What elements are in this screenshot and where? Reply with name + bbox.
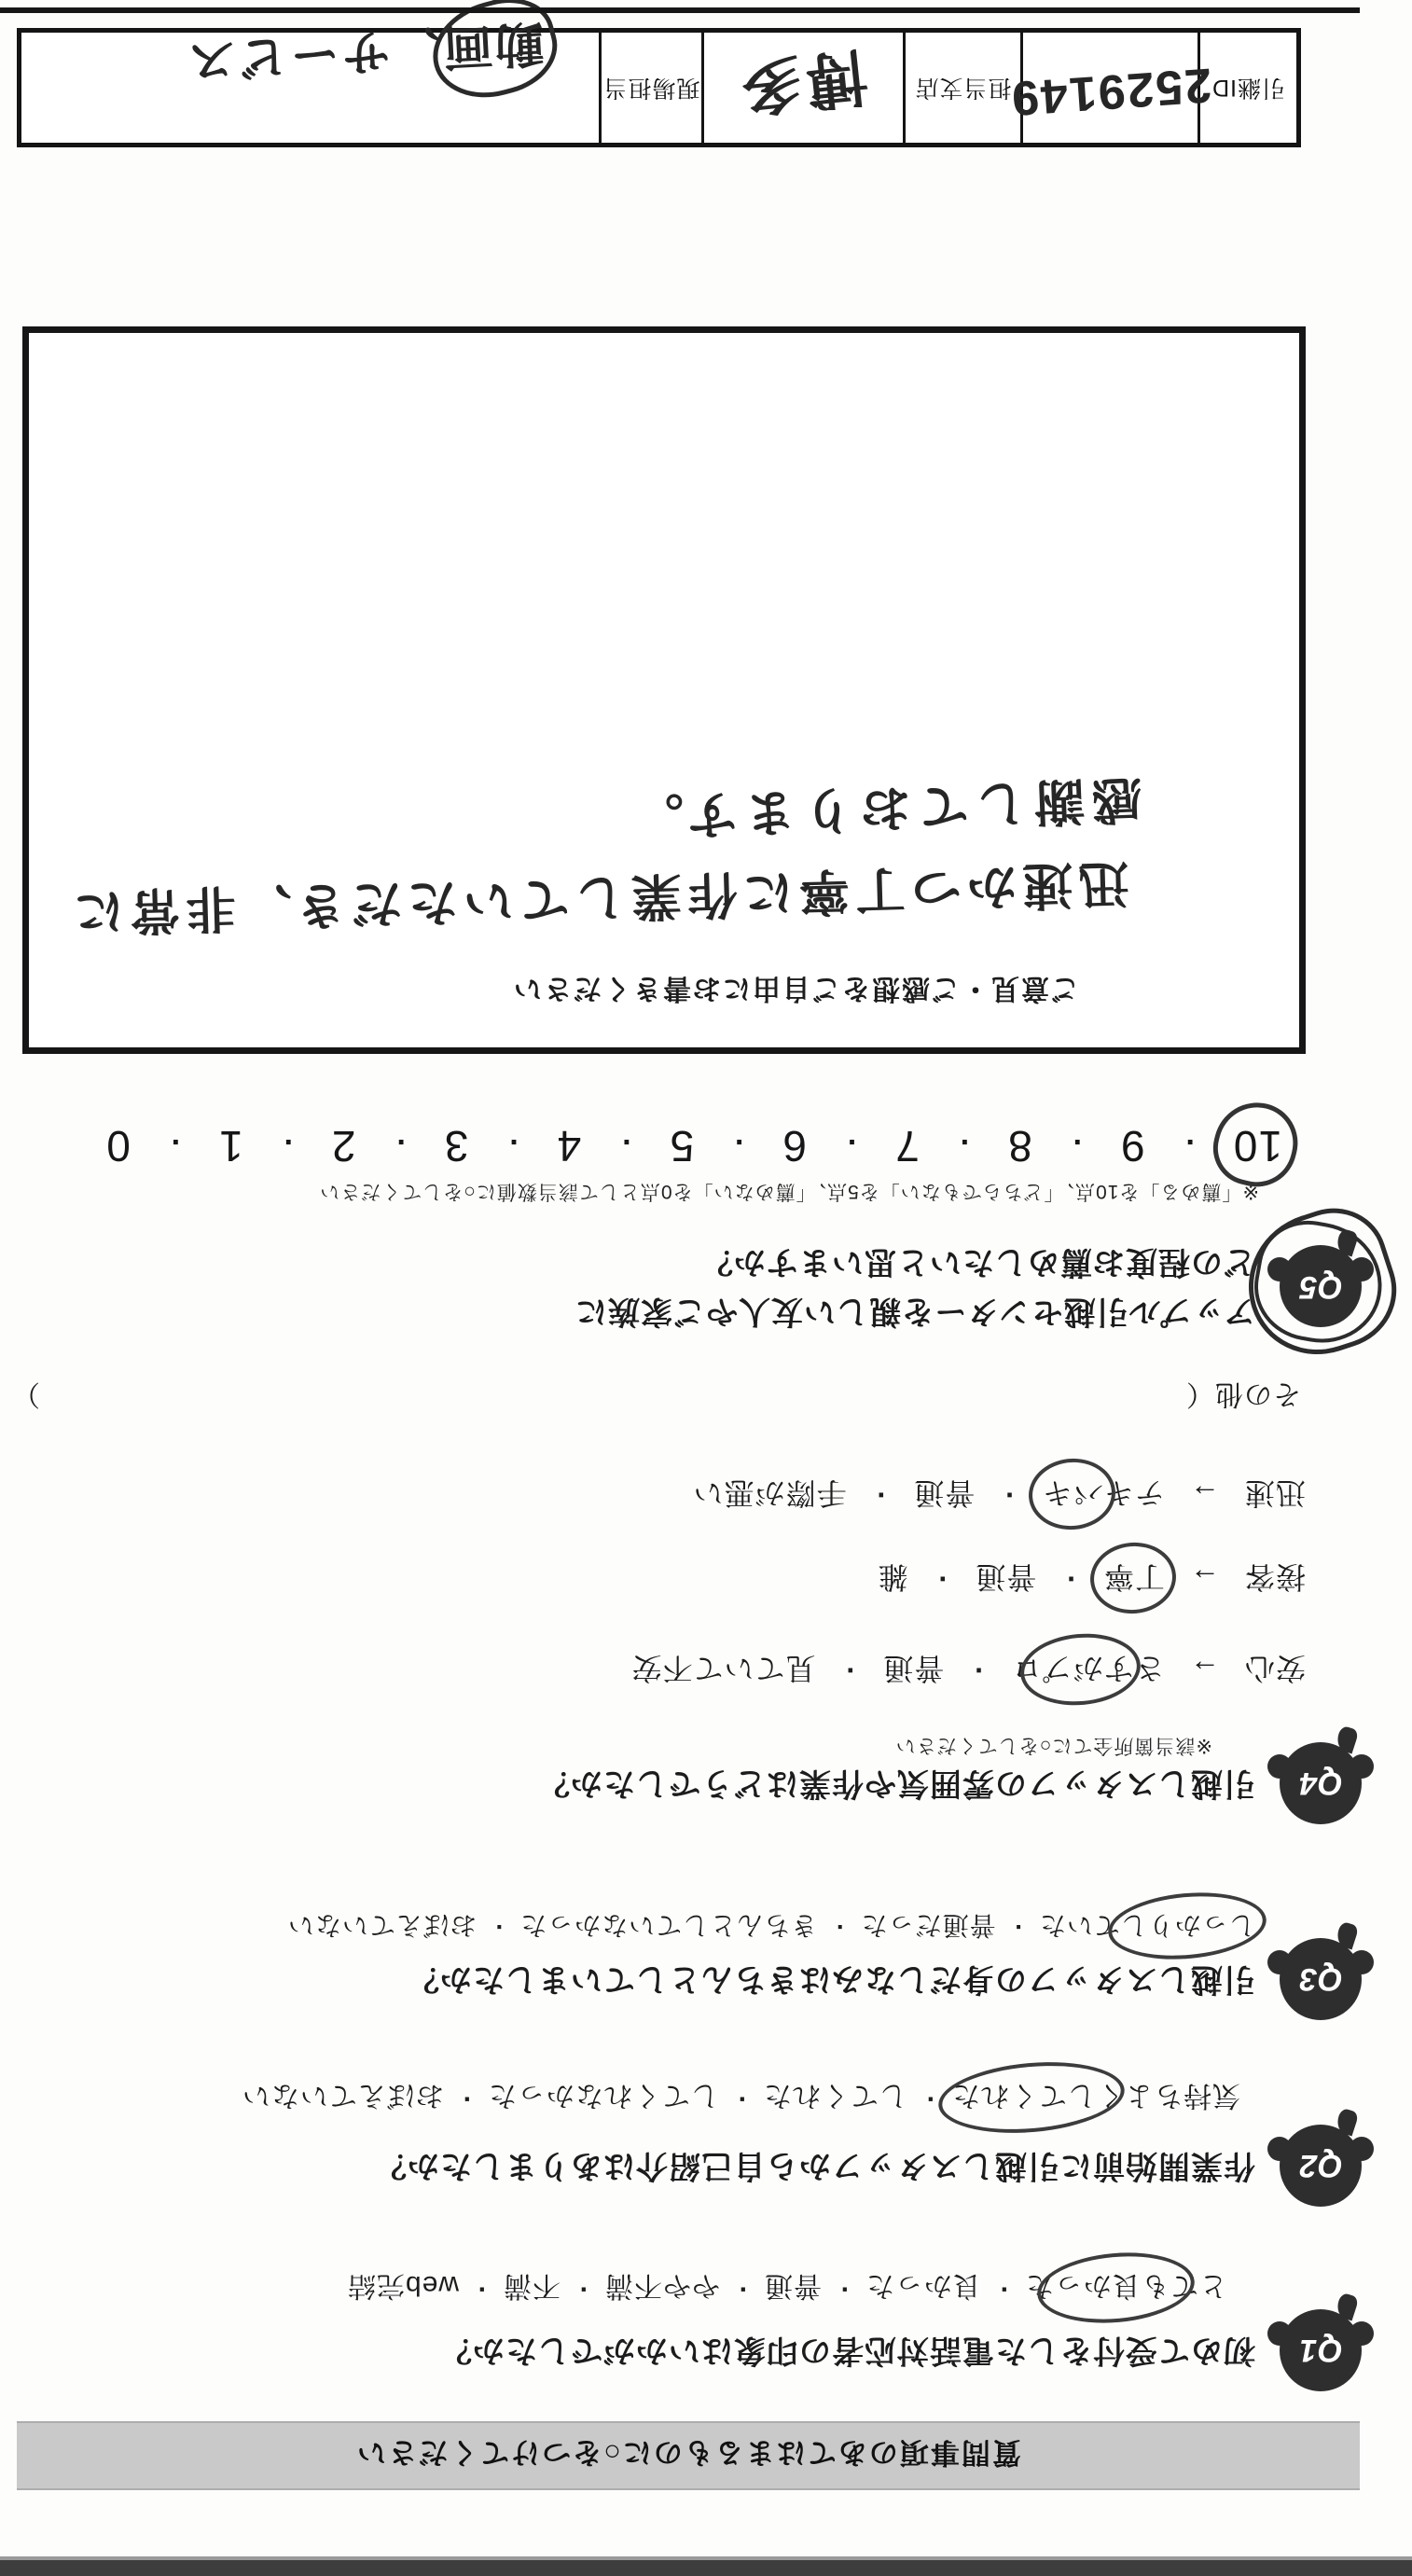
q4-note: ※該当箇所全てに○をしてください	[895, 1733, 1212, 1761]
q4-option: 雑	[878, 1558, 908, 1600]
q2-option: してくれた	[763, 2078, 907, 2119]
q2-badge-icon: Q2	[1280, 2125, 1362, 2207]
page-bottom-rule	[0, 7, 1360, 13]
option-separator	[577, 2273, 588, 2305]
q1-option-selected: とても良かった	[1025, 2268, 1227, 2309]
handwritten-site-staff-note: 動画、サービス	[184, 12, 546, 101]
q4-option: 手際が悪い	[693, 1474, 847, 1517]
q1-badge-label: Q1	[1298, 2333, 1342, 2369]
question-1: Q1 初めて受付をした電話対応者の印象はいかがでしたか？	[439, 2309, 1362, 2391]
q4-option: 見ていて不安	[631, 1649, 816, 1692]
comment-box-label: ご意見・ご感想をご自由にお書きください	[512, 971, 1079, 1012]
option-separator	[998, 2273, 1008, 2305]
scanner-edge-shadow-soft	[0, 2556, 1412, 2560]
site-staff-value-cell: 動画、サービス	[21, 33, 599, 143]
q4-other-row: その他（ ）	[11, 1377, 1301, 1418]
q3-option: きちんとしていなかった	[519, 1908, 817, 1946]
comment-box: ご意見・ご感想をご自由にお書きください 迅速かつ丁寧に作業していただき、非常に …	[22, 326, 1306, 1054]
option-separator	[461, 2083, 471, 2114]
q3-option-selected: しっかりしていた	[1039, 1908, 1255, 1946]
q2-option: してくれなかった	[488, 2078, 719, 2119]
q4-row-anshin: 安心 → さすがプロ 普通 見ていて不安	[631, 1649, 1306, 1692]
rating-value: 4	[557, 1121, 582, 1171]
handwritten-comment-line2: 感謝しております。	[625, 766, 1143, 857]
rating-value: 9	[1120, 1121, 1145, 1171]
rating-separator	[282, 1121, 293, 1171]
scanner-edge-shadow	[0, 2560, 1412, 2576]
rating-value: 0	[105, 1121, 131, 1171]
q4-row-jinsoku: 迅速 → テキパキ 普通 手際が悪い	[693, 1474, 1306, 1517]
rating-value-selected: 10	[1233, 1121, 1282, 1171]
q3-badge-icon: Q3	[1280, 1938, 1362, 2020]
rating-value: 7	[894, 1121, 920, 1171]
arrow-icon: →	[1189, 1562, 1220, 1597]
q2-badge-label: Q2	[1298, 2148, 1342, 2184]
option-separator	[875, 1478, 886, 1513]
q4-option: 普通	[975, 1558, 1036, 1600]
q4-badge-tail-icon	[1334, 1725, 1359, 1754]
option-separator	[838, 2273, 849, 2305]
option-separator	[924, 2083, 934, 2114]
q5-title-line2: どの程度お薦めしたいと思いますか？	[574, 1238, 1255, 1287]
q4-option-selected: さすがプロ	[1011, 1649, 1165, 1692]
question-5: Q5 アップル引越センターを親しい友人やご家族に どの程度お薦めしたいと思います…	[574, 1238, 1362, 1336]
q3-option: 普通だった	[861, 1908, 996, 1946]
arrow-icon: →	[1189, 1654, 1220, 1688]
handwritten-branch-signature: 博多	[734, 36, 873, 138]
question-3: Q3 引越しスタッフの身だしなみはきちんとしていましたか？	[407, 1938, 1362, 2020]
branch-label-cell: 担当支店	[903, 33, 1020, 143]
rating-separator	[506, 1121, 518, 1171]
arrow-icon: →	[1189, 1478, 1220, 1513]
option-separator	[476, 2273, 486, 2305]
branch-label: 担当支店	[915, 74, 1012, 102]
q4-row-label: 接客	[1244, 1558, 1306, 1600]
q4-row-label: 迅速	[1244, 1474, 1306, 1517]
q1-option: 不満	[503, 2268, 561, 2309]
q1-option: web完結	[347, 2268, 459, 2309]
option-separator	[1003, 1478, 1014, 1513]
rating-separator	[395, 1121, 406, 1171]
q1-title: 初めて受付をした電話対応者の印象はいかがでしたか？	[439, 2326, 1255, 2375]
q4-row-label: 安心	[1244, 1649, 1306, 1692]
option-separator	[936, 1562, 948, 1597]
handwritten-note-rest: 、サービス	[184, 21, 443, 88]
rating-value: 5	[670, 1121, 695, 1171]
q1-badge-tail-icon	[1334, 2292, 1359, 2321]
q1-option: やや不満	[604, 2268, 720, 2309]
handover-id-label: 引継ID	[1211, 74, 1285, 102]
rating-value: 8	[1007, 1121, 1032, 1171]
q4-other-close: ）	[11, 1377, 40, 1418]
q2-options: 気持ちよくしてくれた してくれた してくれなかった おぼえていない	[242, 2078, 1240, 2119]
branch-value-cell: 博多	[701, 33, 903, 143]
option-separator	[737, 2273, 747, 2305]
rating-separator	[1071, 1121, 1082, 1171]
rating-separator	[169, 1121, 180, 1171]
rating-separator	[958, 1121, 969, 1171]
q4-option: 普通	[913, 1474, 975, 1517]
q2-option-selected: 気持ちよくしてくれた	[951, 2078, 1240, 2119]
option-separator	[1064, 1562, 1075, 1597]
staff-info-table: 引継ID 2529149 担当支店 博多 現場担当 動画、サービス	[17, 28, 1301, 147]
q5-note: ※「薦める」を10点、「どちらでもない」を5点、「薦めない」を0点として該当数値…	[319, 1179, 1259, 1207]
q2-badge-tail-icon	[1334, 2108, 1359, 2137]
site-staff-label: 現場担当	[603, 74, 700, 102]
q3-badge-label: Q3	[1298, 1961, 1342, 1998]
rating-separator	[1184, 1121, 1195, 1171]
option-separator	[736, 2083, 746, 2114]
q2-title: 作業開始前に引越しスタッフから自己紹介はありましたか？	[374, 2141, 1255, 2191]
instruction-bar: 質問事項のあてはまるものに○をつけてください	[17, 2421, 1360, 2490]
rating-separator	[845, 1121, 856, 1171]
q3-options: しっかりしていた 普通だった きちんとしていなかった おぼえていない	[287, 1908, 1255, 1946]
rating-value: 3	[444, 1121, 469, 1171]
q1-options: とても良かった 良かった 普通 やや不満 不満 web完結	[347, 2268, 1227, 2309]
q4-option-selected: テキパキ	[1042, 1474, 1165, 1517]
q5-badge-wrap: Q5	[1280, 1245, 1362, 1327]
q4-option-selected: 丁寧	[1103, 1558, 1165, 1600]
option-separator	[834, 1912, 843, 1942]
handover-id-value-cell: 2529149	[1020, 33, 1197, 143]
rating-value: 1	[218, 1121, 243, 1171]
rating-value: 6	[782, 1121, 807, 1171]
q5-title: アップル引越センターを親しい友人やご家族に どの程度お薦めしたいと思いますか？	[574, 1238, 1255, 1336]
scanned-survey-page: 質問事項のあてはまるものに○をつけてください Q1 初めて受付をした電話対応者の…	[0, 0, 1412, 2576]
q4-option: 普通	[882, 1649, 944, 1692]
question-2: Q2 作業開始前に引越しスタッフから自己紹介はありましたか？	[374, 2125, 1362, 2207]
rating-separator	[619, 1121, 630, 1171]
q1-option: 普通	[764, 2268, 822, 2309]
q3-badge-tail-icon	[1334, 1921, 1359, 1950]
option-separator	[1013, 1912, 1022, 1942]
q2-option: おぼえていない	[242, 2078, 444, 2119]
option-separator	[844, 1654, 855, 1688]
handwritten-circled-word: 動画	[439, 12, 546, 88]
q4-badge-label: Q4	[1298, 1766, 1342, 1802]
handover-id-label-cell: 引継ID	[1197, 33, 1296, 143]
q4-badge-icon: Q4	[1280, 1742, 1362, 1824]
q5-title-line1: アップル引越センターを親しい友人やご家族に	[574, 1286, 1255, 1336]
q3-option: おぼえていない	[287, 1908, 477, 1946]
rating-value: 2	[331, 1121, 356, 1171]
q3-title: 引越しスタッフの身だしなみはきちんとしていましたか？	[407, 1955, 1255, 2004]
q1-option: 良かった	[865, 2268, 981, 2309]
handwritten-comment-line1: 迅速かつ丁寧に作業していただき、非常に	[67, 851, 1130, 952]
q5-rating-scale: 10 9 8 7 6 5 4 3 2 1 0	[105, 1121, 1282, 1171]
option-separator	[972, 1654, 983, 1688]
q1-badge-icon: Q1	[1280, 2309, 1362, 2391]
q4-title: 引越しスタッフの雰囲気や作業はどうでしたか？	[537, 1759, 1255, 1808]
site-staff-label-cell: 現場担当	[599, 33, 701, 143]
rating-separator	[732, 1121, 743, 1171]
option-separator	[493, 1912, 503, 1942]
handwritten-handover-id: 2529149	[1008, 57, 1213, 127]
survey-sheet-rotated-180: 質問事項のあてはまるものに○をつけてください Q1 初めて受付をした電話対応者の…	[0, 0, 1412, 2576]
q4-row-sekkyaku: 接客 → 丁寧 普通 雑	[878, 1558, 1306, 1600]
q4-other-open: その他（	[1185, 1377, 1301, 1418]
